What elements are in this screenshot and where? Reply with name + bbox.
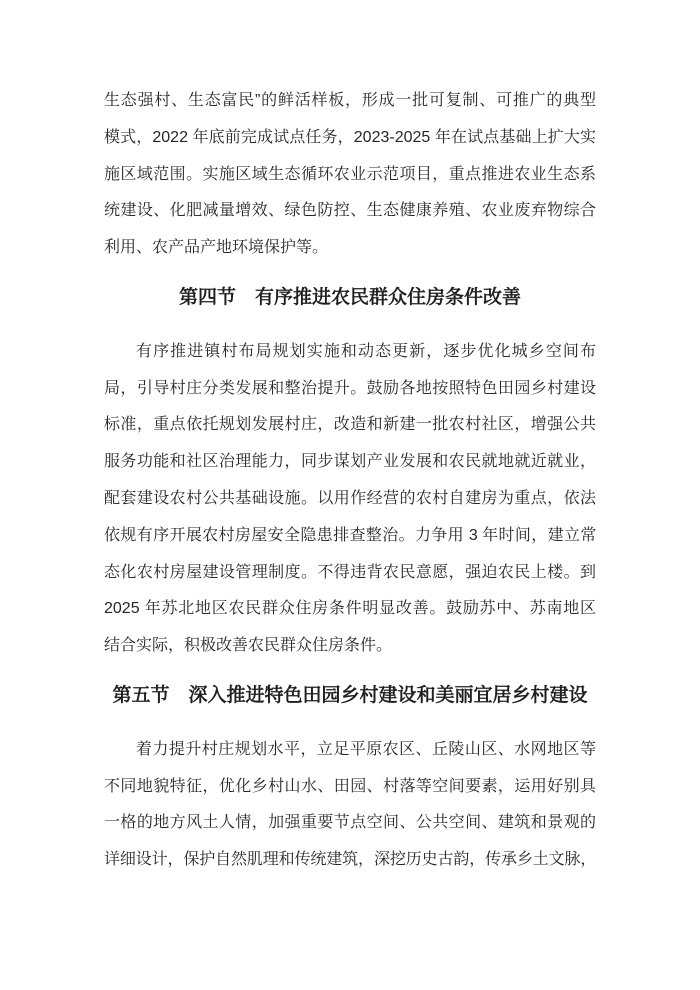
text-line: 施区域范围。实施区域生态循环农业示范项目，重点推进农业生态系	[104, 157, 596, 194]
paragraph-section5: 着力提升村庄规划水平，立足平原农区、丘陵山区、水网地区等 不同地貌特征，优化乡村…	[104, 732, 596, 879]
text-line: 着力提升村庄规划水平，立足平原农区、丘陵山区、水网地区等	[104, 732, 596, 769]
text-line: 不同地貌特征，优化乡村山水、田园、村落等空间要素，运用好别具	[104, 769, 596, 806]
text-line: 有序推进镇村布局规划实施和动态更新，逐步优化城乡空间布	[104, 334, 596, 371]
document-page: 生态强村、生态富民”的鲜活样板，形成一批可复制、可推广的典型 模式，2022 年…	[0, 0, 700, 990]
text-line: 2025 年苏北地区农民群众住房条件明显改善。鼓励苏中、苏南地区	[104, 591, 596, 628]
paragraph-continuation: 生态强村、生态富民”的鲜活样板，形成一批可复制、可推广的典型 模式，2022 年…	[104, 83, 596, 267]
text-line: 统建设、化肥减量增效、绿色防控、生态健康养殖、农业废弃物综合	[104, 193, 596, 230]
section-heading-5: 第五节 深入推进特色田园乡村建设和美丽宜居乡村建设	[104, 678, 596, 715]
text-line: 态化农村房屋建设管理制度。不得违背农民意愿，强迫农民上楼。到	[104, 555, 596, 592]
page-content: 生态强村、生态富民”的鲜活样板，形成一批可复制、可推广的典型 模式，2022 年…	[104, 83, 596, 879]
text-line: 模式，2022 年底前完成试点任务，2023-2025 年在试点基础上扩大实	[104, 120, 596, 157]
text-line: 详细设计，保护自然肌理和传统建筑，深挖历史古韵，传承乡土文脉，	[104, 842, 596, 879]
text-line: 配套建设农村公共基础设施。以用作经营的农村自建房为重点，依法	[104, 481, 596, 518]
text-line: 生态强村、生态富民”的鲜活样板，形成一批可复制、可推广的典型	[104, 83, 596, 120]
text-line: 服务功能和社区治理能力，同步谋划产业发展和农民就地就近就业，	[104, 444, 596, 481]
text-line: 结合实际，积极改善农民群众住房条件。	[104, 628, 596, 665]
text-line: 依规有序开展农村房屋安全隐患排查整治。力争用 3 年时间，建立常	[104, 518, 596, 555]
text-line: 局，引导村庄分类发展和整治提升。鼓励各地按照特色田园乡村建设	[104, 371, 596, 408]
text-line: 一格的地方风土人情，加强重要节点空间、公共空间、建筑和景观的	[104, 805, 596, 842]
paragraph-section4: 有序推进镇村布局规划实施和动态更新，逐步优化城乡空间布 局，引导村庄分类发展和整…	[104, 334, 596, 665]
text-line: 标准，重点依托规划发展村庄，改造和新建一批农村社区，增强公共	[104, 407, 596, 444]
text-line: 利用、农产品产地环境保护等。	[104, 230, 596, 267]
section-heading-4: 第四节 有序推进农民群众住房条件改善	[104, 280, 596, 317]
